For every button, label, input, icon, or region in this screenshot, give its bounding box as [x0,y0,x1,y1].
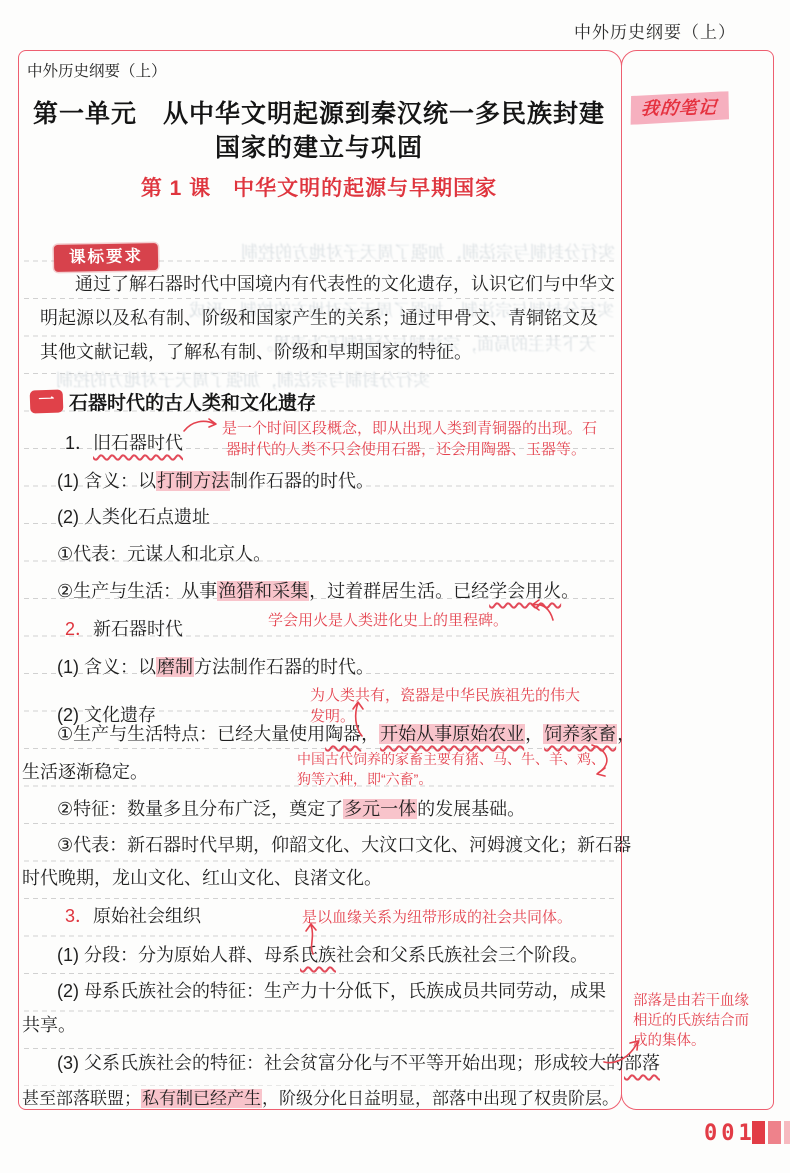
section-title: 石器时代的古人类和文化遗存 [69,388,316,415]
objective-line: 明起源以及私有制、阶级和国家产生的关系；通过甲骨文、青铜铭文及 [40,305,598,331]
footer-bar-icon [752,1121,765,1144]
line-neolithic-meaning: (1) 含义：以磨制方法制作石器的时代。 [57,654,374,680]
annotation-livestock: 中国古代饲养的家畜主要有猪、马、牛、羊、鸡、 [297,749,605,770]
footer-bar-icon [768,1121,781,1144]
notes-panel-border [621,50,774,1110]
line-stable-life: 生活逐渐稳定。 [22,759,148,785]
line-matrilineal: (2) 母系氏族社会的特征：生产力十分低下，氏族成员共同劳动，成果 [57,978,606,1004]
objective-line: 其他文献记载，了解私有制、阶级和早期国家的特征。 [40,339,472,365]
annotation-arrow-icon [348,700,368,738]
annotation-arrow-icon [182,416,220,434]
annotation-arrow-icon [602,1036,644,1066]
my-notes-badge: 我的笔记 [627,91,732,125]
page-number: 001 [704,1121,756,1146]
book-label: 中外历史纲要（上） [27,59,167,81]
running-header: 中外历史纲要（上） [574,18,736,43]
annotation-livestock: 狗等六种，即“六畜”。 [297,769,432,790]
lesson-title: 第 1 课 中华文明的起源与早期国家 [18,172,620,202]
section-marker-badge: 一 [30,389,64,413]
line-stages: (1) 分段：分为原始人群、母系氏族社会和父系氏族社会三个阶段。 [57,942,588,968]
textbook-page: 实行分封制与宗法制，加强了周天子对地方的控制 实行分封制与宗法制，加强了周天子对… [0,0,790,1173]
unit-title-line1: 第一单元 从中华文明起源到秦汉统一多民族封建 [18,94,620,130]
annotation-fire-milestone: 学会用火是人类进化史上的里程碑。 [268,610,508,631]
footer-bar-icon [784,1121,790,1144]
annotation-clan: 是以血缘关系为纽带形成的社会共同体。 [302,907,572,928]
line-cultures-late: 时代晚期，龙山文化、红山文化、良渚文化。 [22,865,382,891]
margin-note: 相近的氏族结合而 [633,1009,749,1030]
line-cultures-early: ③代表：新石器时代早期，仰韶文化、大汶口文化、河姆渡文化；新石器 [57,832,631,858]
line-private-property: 甚至部落联盟；私有制已经产生，阶级分化日益明显，部落中出现了权贵阶层。 [22,1086,619,1112]
annotation-arrow-icon [304,920,320,956]
annotation-arrow-icon [528,596,556,624]
line-distribution: ②特征：数量多且分布广泛，奠定了多元一体的发展基础。 [57,796,525,822]
annotation-paleolithic-def: 器时代的人类不只会使用石器，还会用陶器、玉器等。 [226,439,586,460]
curriculum-standard-badge: 课标要求 [54,243,158,272]
line-representatives: ①代表：元谋人和北京人。 [57,541,271,567]
annotation-paleolithic-def: 是一个时间区段概念，即从出现人类到青铜器的出现。石 [222,418,597,439]
heading-paleolithic: 1．旧石器时代 [65,430,183,456]
line-neolithic-features: ①生产与生活特点：已经大量使用陶器，开始从事原始农业，饲养家畜， [57,721,635,747]
objective-line: 通过了解石器时代中国境内有代表性的文化遗存，认识它们与中华文 [75,271,615,297]
heading-primitive-society: 3．原始社会组织 [65,903,201,929]
margin-note: 部落是由若干血缘 [633,989,749,1010]
line-paleolithic-meaning: (1) 含义：以打制方法制作石器的时代。 [57,468,374,494]
annotation-arrow-icon [586,742,616,778]
line-patrilineal: (3) 父系氏族社会的特征：社会贫富分化与不平等开始出现；形成较大的部落 [57,1050,660,1076]
line-production-life: ②生产与生活：从事渔猎和采集，过着群居生活。已经学会用火。 [57,578,579,604]
unit-title-line2: 国家的建立与巩固 [18,128,620,164]
line-fossil-sites: (2) 人类化石点遗址 [57,504,210,530]
line-shared: 共享。 [22,1012,76,1038]
heading-neolithic: 2．新石器时代 [65,616,183,642]
